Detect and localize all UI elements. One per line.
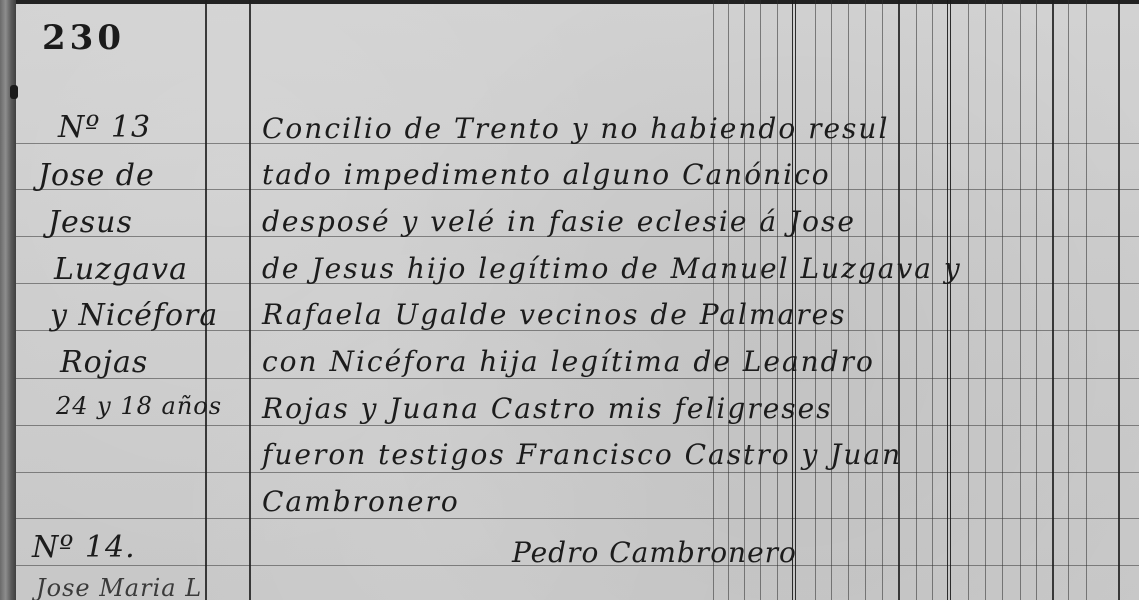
entry-number: Nº 13: [58, 110, 151, 145]
grid-rule: [968, 0, 969, 600]
column-rule: [249, 0, 251, 600]
entry-line: Cambronero: [262, 485, 460, 518]
page-number: 230: [42, 18, 125, 58]
bride-surname: Rojas: [60, 345, 148, 380]
groom-name-second: Jesus: [48, 205, 133, 240]
grid-rule: [1118, 0, 1120, 600]
entry-line: desposé y velé in fasie eclesie á Jose: [262, 205, 856, 238]
grid-rule: [1020, 0, 1021, 600]
grid-rule: [1052, 0, 1054, 600]
grid-rule: [932, 0, 933, 600]
entry-line: con Nicéfora hija legítima de Leandro: [262, 345, 875, 378]
groom-name-first: Jose de: [38, 158, 155, 193]
grid-rule: [848, 0, 849, 600]
grid-rule: [898, 0, 900, 600]
ages: 24 y 18 años: [56, 392, 222, 420]
grid-rule-double: [947, 0, 951, 600]
grid-rule: [1036, 0, 1037, 600]
grid-rule: [985, 0, 986, 600]
priest-signature: Pedro Cambronero: [512, 536, 797, 569]
ruled-line: [16, 378, 1139, 379]
ruled-line: [16, 425, 1139, 426]
entry-line: tado impedimento alguno Canónico: [262, 158, 831, 191]
entry-line: fueron testigos Francisco Castro y Juan: [262, 438, 902, 471]
groom-surname: Luzgava: [54, 252, 188, 287]
entry-number: Nº 14.: [32, 530, 136, 565]
grid-rule: [1068, 0, 1069, 600]
grid-rule: [1002, 0, 1003, 600]
entry-line: Rojas y Juana Castro mis feligreses: [262, 392, 833, 425]
grid-rule: [1086, 0, 1087, 600]
grid-rule: [916, 0, 917, 600]
ruled-line: [16, 518, 1139, 519]
entry-line: de Jesus hijo legítimo de Manuel Luzgava…: [262, 252, 962, 285]
entry-line: Concilio de Trento y no habiendo resul: [262, 112, 889, 145]
ruled-line: [16, 472, 1139, 473]
entry-line: Rafaela Ugalde vecinos de Palmares: [262, 298, 847, 331]
bride-name: y Nicéfora: [50, 298, 218, 333]
grid-rule: [882, 0, 883, 600]
groom-name-partial: Jose Maria L: [36, 574, 202, 600]
register-page: 230 Nº 13 Jose de Jesus Luzgava y Nicéfo…: [0, 0, 1139, 600]
binding-mark: [10, 85, 18, 99]
grid-rule: [865, 0, 866, 600]
